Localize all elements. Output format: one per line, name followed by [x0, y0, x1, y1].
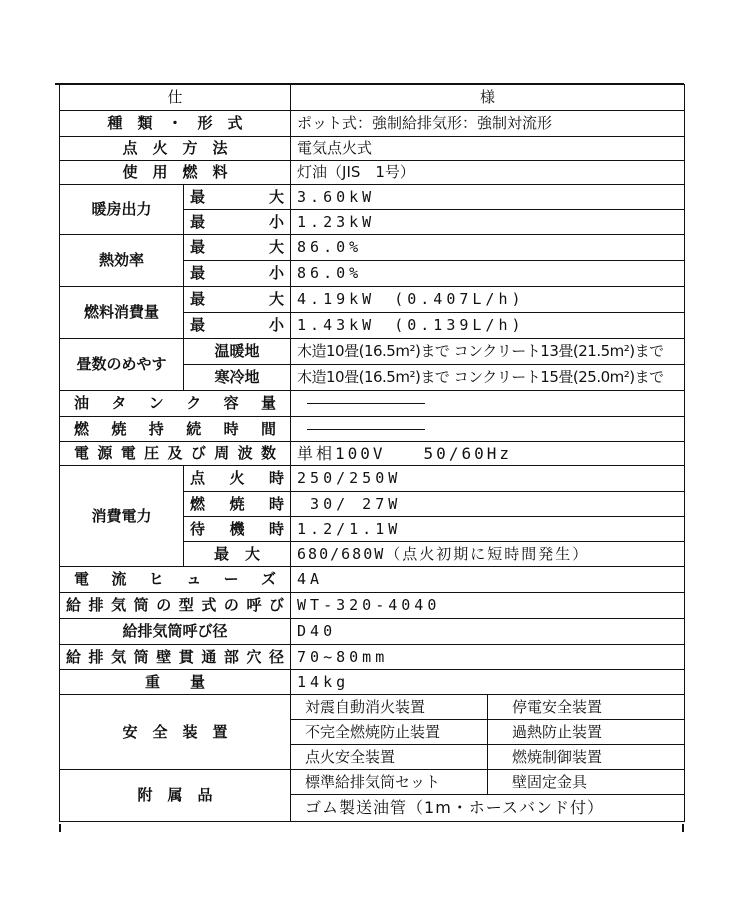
header-row: 仕 様	[60, 85, 685, 111]
safety-item: 過熱防止装置	[488, 720, 685, 745]
row-power-ignition: 消費電力 点 火 時 250/250W	[60, 466, 685, 492]
power-burning-label: 燃 焼 時	[184, 492, 291, 517]
fuse-label: 電 流 ヒ ュ ー ズ	[60, 567, 291, 593]
power-standby-label: 待 機 時	[184, 517, 291, 542]
cold-region-label: 寒冷地	[184, 365, 291, 391]
burn-duration-label: 燃 焼 持 続 時 間	[60, 417, 291, 442]
row-weight: 重 量 14kg	[60, 670, 685, 695]
consumption-max-value: 4.19kW (0.407L/h)	[291, 287, 685, 313]
row-power-supply: 電源電圧及び周波数 単相100V 50/60Hz	[60, 442, 685, 466]
row-burn-duration: 燃 焼 持 続 時 間	[60, 417, 685, 442]
power-ignition-value: 250/250W	[291, 466, 685, 492]
type-value: ポット式：強制給排気形：強制対流形	[291, 111, 685, 137]
wall-hole-label: 給排気筒壁貫通部穴径	[60, 645, 291, 670]
vent-diameter-value: D40	[291, 619, 685, 645]
header-right: 様	[291, 85, 685, 111]
efficiency-max-label: 最 大	[184, 235, 291, 261]
power-supply-label: 電源電圧及び周波数	[60, 442, 291, 466]
cold-region-value: 木造10畳(16.5m²)まで コンクリート15畳(25.0m²)まで	[291, 365, 685, 391]
row-type: 種 類 ・ 形 式 ポット式：強制給排気形：強制対流形	[60, 111, 685, 137]
efficiency-min-label: 最 小	[184, 261, 291, 287]
power-standby-value: 1.2/1.1W	[291, 517, 685, 542]
weight-value: 14kg	[291, 670, 685, 695]
efficiency-label: 熱効率	[60, 235, 184, 287]
power-burning-value: 30/ 27W	[291, 492, 685, 517]
efficiency-max-value: 86.0%	[291, 235, 685, 261]
header-left: 仕	[60, 85, 291, 111]
power-supply-value: 単相100V 50/60Hz	[291, 442, 685, 466]
power-consumption-label: 消費電力	[60, 466, 184, 567]
room-size-label: 畳数のめやす	[60, 339, 184, 391]
row-accessories-1: 附 属 品 標準給排気筒セット 壁固定金具	[60, 770, 685, 795]
row-safety-1: 安 全 装 置 対震自動消火装置 停電安全装置	[60, 695, 685, 720]
vent-model-label: 給排気筒の型式の呼び	[60, 593, 291, 619]
wall-hole-value: 70~80mm	[291, 645, 685, 670]
type-label: 種 類 ・ 形 式	[60, 111, 291, 137]
row-vent-model: 給排気筒の型式の呼び WT-320-4040	[60, 593, 685, 619]
row-consumption-max: 燃料消費量 最 大 4.19kW (0.407L/h)	[60, 287, 685, 313]
row-vent-diameter: 給排気筒呼び径 D40	[60, 619, 685, 645]
heating-max-value: 3.60kW	[291, 185, 685, 210]
ignition-value: 電気点火式	[291, 137, 685, 161]
power-ignition-label: 点 火 時	[184, 466, 291, 492]
efficiency-min-value: 86.0%	[291, 261, 685, 287]
fuse-value: 4A	[291, 567, 685, 593]
accessory-item: 標準給排気筒セット	[291, 770, 488, 795]
safety-item: 停電安全装置	[488, 695, 685, 720]
ignition-label: 点 火 方 法	[60, 137, 291, 161]
fuel-consumption-label: 燃料消費量	[60, 287, 184, 339]
row-heating-max: 暖房出力 最 大 3.60kW	[60, 185, 685, 210]
accessories-label: 附 属 品	[60, 770, 291, 822]
spec-table: 仕 様 種 類 ・ 形 式 ポット式：強制給排気形：強制対流形 点 火 方 法 …	[59, 84, 685, 822]
vent-model-value: WT-320-4040	[291, 593, 685, 619]
heating-max-label: 最 大	[184, 185, 291, 210]
row-fuel: 使 用 燃 料 灯油（JIS 1号）	[60, 161, 685, 185]
safety-item: 燃焼制御装置	[488, 745, 685, 770]
row-fuse: 電 流 ヒ ュ ー ズ 4A	[60, 567, 685, 593]
heating-min-value: 1.23kW	[291, 210, 685, 235]
row-wall-hole: 給排気筒壁貫通部穴径 70~80mm	[60, 645, 685, 670]
burn-duration-value	[291, 417, 685, 442]
consumption-min-label: 最 小	[184, 313, 291, 339]
vent-diameter-label: 給排気筒呼び径	[60, 619, 291, 645]
safety-item: 不完全燃焼防止装置	[291, 720, 488, 745]
empty-dash	[307, 429, 425, 430]
empty-dash	[307, 403, 425, 404]
safety-label: 安 全 装 置	[60, 695, 291, 770]
consumption-max-label: 最 大	[184, 287, 291, 313]
tank-capacity-value	[291, 391, 685, 417]
warm-region-label: 温暖地	[184, 339, 291, 365]
power-max-label: 最 大	[184, 542, 291, 567]
power-max-value: 680/680W（点火初期に短時間発生）	[291, 542, 685, 567]
safety-item: 点火安全装置	[291, 745, 488, 770]
fuel-label: 使 用 燃 料	[60, 161, 291, 185]
heating-min-label: 最 小	[184, 210, 291, 235]
warm-region-value: 木造10畳(16.5m²)まで コンクリート13畳(21.5m²)まで	[291, 339, 685, 365]
safety-item: 対震自動消火装置	[291, 695, 488, 720]
fuel-value: 灯油（JIS 1号）	[291, 161, 685, 185]
border-stub-left	[59, 824, 61, 832]
weight-label: 重 量	[60, 670, 291, 695]
tank-capacity-label: 油 タ ン ク 容 量	[60, 391, 291, 417]
border-stub-right	[682, 824, 684, 832]
accessory-item: ゴム製送油管（1m・ホースバンド付）	[291, 795, 685, 822]
consumption-min-value: 1.43kW (0.139L/h)	[291, 313, 685, 339]
row-efficiency-max: 熱効率 最 大 86.0%	[60, 235, 685, 261]
row-ignition: 点 火 方 法 電気点火式	[60, 137, 685, 161]
heating-output-label: 暖房出力	[60, 185, 184, 235]
accessory-item: 壁固定金具	[488, 770, 685, 795]
row-tank: 油 タ ン ク 容 量	[60, 391, 685, 417]
row-roomsize-warm: 畳数のめやす 温暖地 木造10畳(16.5m²)まで コンクリート13畳(21.…	[60, 339, 685, 365]
